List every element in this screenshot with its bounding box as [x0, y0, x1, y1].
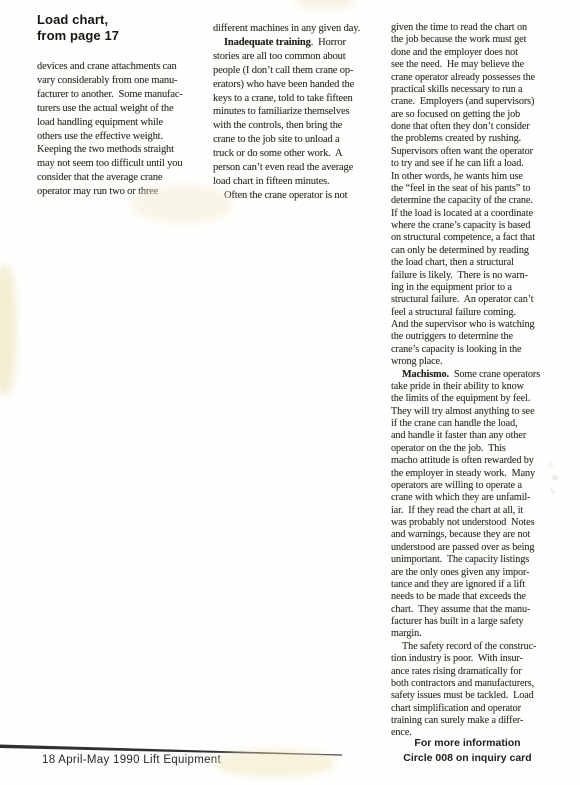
text-line: take pride in their ability to know	[391, 381, 571, 393]
text-line: given the time to read the chart on	[391, 22, 571, 34]
scan-smudge	[215, 750, 335, 776]
text-line: the limits of the equipment by feel.	[391, 393, 571, 405]
text-line: and handle it faster than any other	[391, 430, 571, 442]
scan-smudge	[0, 265, 16, 395]
text-line: operator may run two or three	[37, 185, 209, 199]
text-line: chart simplification and operator	[391, 703, 571, 715]
text-column-3: given the time to read the chart onthe j…	[391, 22, 571, 740]
text-line: ing in the equipment prior to a	[391, 282, 571, 294]
text-line: may not seem too difficult until you	[37, 157, 209, 171]
text-line: ance rates rising dramatically for	[391, 666, 571, 678]
text-line: chart. They assume that the manu-	[391, 604, 571, 616]
text-line: the problems created by rushing.	[391, 133, 571, 145]
text-line: crane’s capacity is looking in the	[391, 344, 571, 356]
text-line: was probably not understood Notes	[391, 517, 571, 529]
text-line: if the crane can handle the load,	[391, 418, 571, 430]
text-line: others use the effective weight.	[37, 130, 209, 144]
text-line: truck or do some other work. A	[213, 147, 389, 161]
text-line: with the controls, then bring the	[213, 119, 389, 133]
text-line: Machismo. Some crane operators	[391, 369, 571, 381]
text-line: turers use the actual weight of the	[37, 102, 209, 116]
text-line: person can’t even read the average	[213, 161, 389, 175]
text-line: tion industry is poor. With insur-	[391, 653, 571, 665]
text-line: And the supervisor who is watching	[391, 319, 571, 331]
text-line: The safety record of the construc-	[391, 641, 571, 653]
text-line: safety issues must be tackled. Load	[391, 690, 571, 702]
text-line: operators are willing to operate a	[391, 480, 571, 492]
text-line: operator on the the job. This	[391, 443, 571, 455]
text-line: understood are passed over as being	[391, 542, 571, 554]
text-line: load handling equipment while	[37, 116, 209, 130]
text-line: the outriggers to determine the	[391, 331, 571, 343]
magazine-page-scan: Load chart, from page 17 devices and cra…	[0, 0, 580, 785]
text-line: see the need. He may believe the	[391, 59, 571, 71]
text-line: load chart in fifteen minutes.	[213, 175, 389, 189]
text-line: on structural competence, a fact that	[391, 232, 571, 244]
text-line: to try and see if he can lift a load.	[391, 158, 571, 170]
page-footer: 18 April-May 1990 Lift Equipment	[42, 754, 221, 766]
text-line: training can surely make a differ-	[391, 715, 571, 727]
text-line: people (I don’t call them crane op-	[213, 64, 389, 78]
text-line: are so focused on getting the job	[391, 109, 571, 121]
text-column-2: different machines in any given day.Inad…	[213, 22, 389, 203]
text-line: crane with which they are unfamil-	[391, 492, 571, 504]
text-line: iar. If they read the chart at all, it	[391, 505, 571, 517]
text-column-1: devices and crane attachments canvary co…	[37, 60, 209, 199]
inquiry-line-2: Circle 008 on inquiry card	[385, 751, 550, 766]
text-line: erators) who have been handed the	[213, 78, 389, 92]
inquiry-note: For more information Circle 008 on inqui…	[385, 736, 550, 765]
text-line: In other words, he wants him use	[391, 171, 571, 183]
text-line: both contractors and manufacturers,	[391, 678, 571, 690]
text-line: vary considerably from one manu-	[37, 74, 209, 88]
article-title: Load chart, from page 17	[37, 12, 119, 43]
text-line: keys to a crane, told to take fifteen	[213, 92, 389, 106]
text-line: margin.	[391, 628, 571, 640]
text-line: can only be determined by reading	[391, 245, 571, 257]
text-line: crane to the job site to unload a	[213, 133, 389, 147]
text-line: the employer in steady work. Many	[391, 468, 571, 480]
text-line: where the crane’s capacity is based	[391, 220, 571, 232]
text-line: minutes to familiarize themselves	[213, 105, 389, 119]
text-line: wrong place.	[391, 356, 571, 368]
inquiry-line-1: For more information	[385, 736, 550, 751]
text-line: Supervisors often want the operator	[391, 146, 571, 158]
text-line: done that often they don’t consider	[391, 121, 571, 133]
pencil-marks: l:··wL·	[549, 457, 580, 498]
text-line: and warnings, because they are not	[391, 529, 571, 541]
text-line: facturer has built in a large safety	[391, 616, 571, 628]
text-line: consider that the average crane	[37, 171, 209, 185]
text-line: done and the employer does not	[391, 47, 571, 59]
text-line: Keeping the two methods straight	[37, 143, 209, 157]
text-line: the job because the work must get	[391, 34, 571, 46]
article-title-line-2: from page 17	[37, 28, 119, 44]
text-line: crane operator already possesses the	[391, 72, 571, 84]
article-title-line-1: Load chart,	[37, 12, 119, 28]
text-line: the load chart, then a structural	[391, 257, 571, 269]
scan-smudge	[295, 0, 355, 8]
text-line: structural failure. An operator can’t	[391, 294, 571, 306]
text-line: determine the capacity of the crane.	[391, 195, 571, 207]
text-line: devices and crane attachments can	[37, 60, 209, 74]
text-line: the “feel in the seat of his pants” to	[391, 183, 571, 195]
text-line: Inadequate training. Horror	[213, 36, 389, 50]
text-line: are the only ones given any impor-	[391, 567, 571, 579]
text-line: macho attitude is often rewarded by	[391, 455, 571, 467]
text-line: different machines in any given day.	[213, 22, 389, 36]
text-line: facturer to another. Some manufac-	[37, 88, 209, 102]
text-line: stories are all too common about	[213, 50, 389, 64]
text-line: needs to be made that exceeds the	[391, 591, 571, 603]
text-line: They will try almost anything to see	[391, 406, 571, 418]
text-line: If the load is located at a coordinate	[391, 208, 571, 220]
text-line: Often the crane operator is not	[213, 189, 389, 203]
text-line: crane. Employers (and supervisors)	[391, 96, 571, 108]
text-line: failure is likely. There is no warn-	[391, 270, 571, 282]
text-line: unimportant. The capacity listings	[391, 554, 571, 566]
text-line: practical skills necessary to run a	[391, 84, 571, 96]
text-line: feel a structural failure coming.	[391, 307, 571, 319]
text-line: tance and they are ignored if a lift	[391, 579, 571, 591]
